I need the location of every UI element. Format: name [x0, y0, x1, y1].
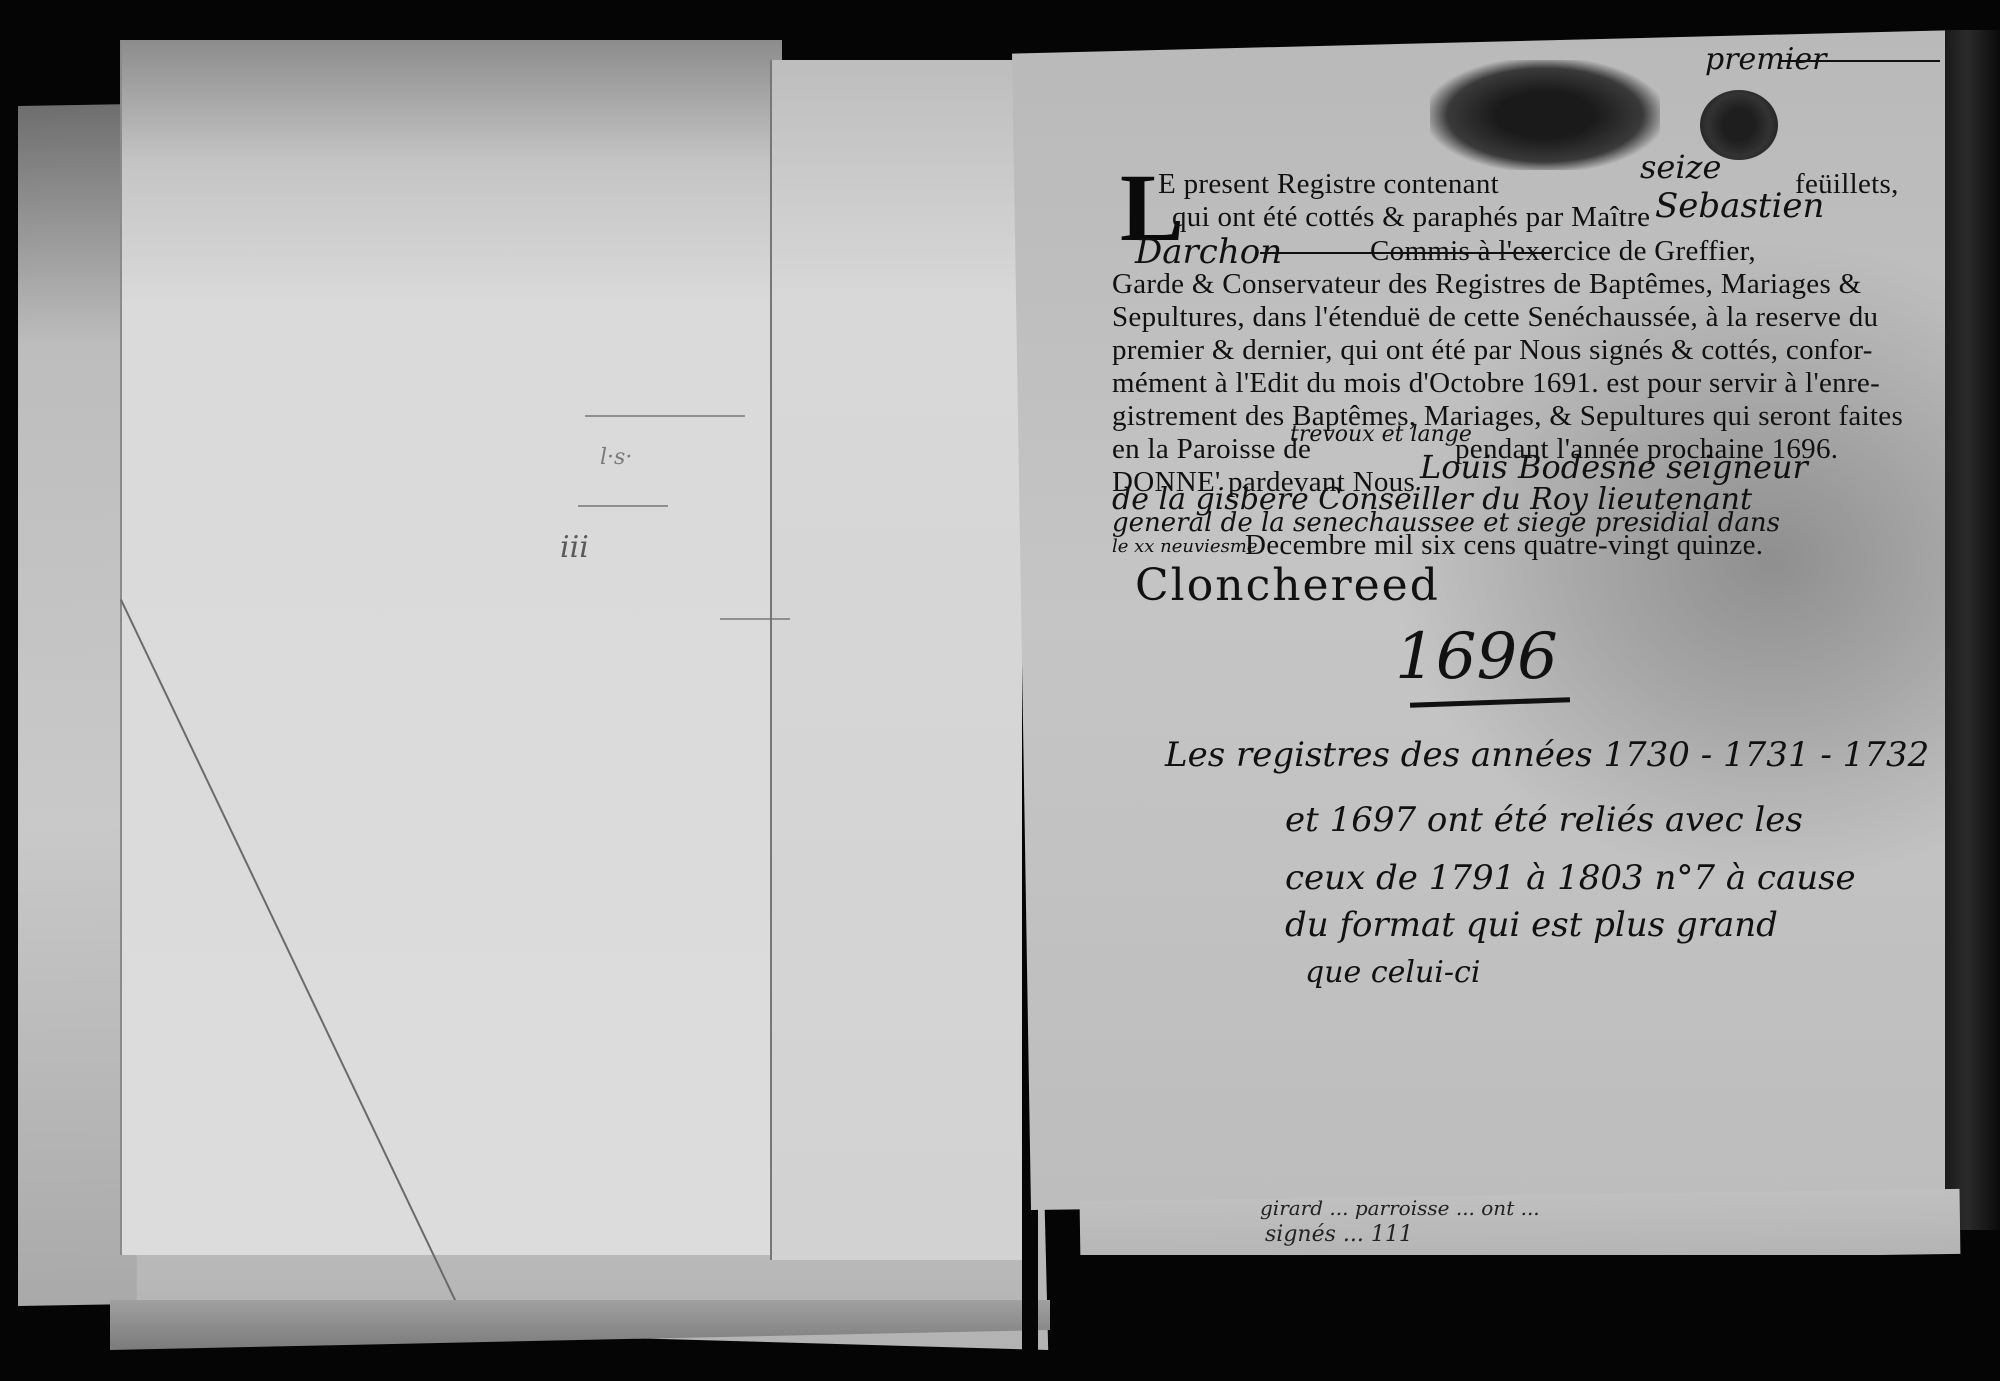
- note-line-2: et 1697 ont été reliés avec les: [1285, 800, 1803, 840]
- form-line-2: qui ont été cottés & paraphés par Maître: [1172, 198, 1650, 236]
- left-blank-page: [120, 40, 782, 1255]
- tax-stamp: [1430, 60, 1660, 170]
- faint-bleed-line: [578, 505, 668, 507]
- year-heading: 1696: [1395, 620, 1558, 694]
- annotation-rule: [1780, 60, 1940, 62]
- faint-mark: l·s·: [600, 445, 632, 470]
- handwritten-maitre-name: Sebastien: [1655, 186, 1824, 226]
- book-bottom-edge: [1070, 1255, 2000, 1381]
- signature: Clonchereed: [1135, 560, 1440, 611]
- handwritten-donne-par: Louis Bodesne seigneur: [1420, 448, 1808, 486]
- handwritten-leaf-count: seize: [1640, 148, 1721, 186]
- book-edge: [1945, 30, 2000, 1230]
- form-line-date: Decembre mil six cens quatre-vingt quinz…: [1245, 526, 1763, 564]
- handwritten-paroisse: trevoux et lange: [1290, 422, 1472, 447]
- note-line-5: que celui-ci: [1305, 955, 1480, 990]
- note-line-4: du format qui est plus grand: [1285, 905, 1778, 945]
- left-page-folded-strip: [770, 60, 1027, 1260]
- bottom-strip-line-1: girard ... parroisse ... ont ...: [1260, 1196, 1540, 1220]
- bottom-strip-line-2: signés ... 111: [1265, 1222, 1413, 1247]
- handwritten-date-day: le xx neuviesme: [1112, 536, 1258, 557]
- note-line-3: ceux de 1791 à 1803 n°7 à cause: [1285, 858, 1856, 898]
- note-line-1: Les registres des années 1730 - 1731 - 1…: [1165, 735, 1929, 775]
- faint-bleed-line: [720, 618, 790, 620]
- faint-bleed-line: [585, 415, 745, 417]
- faint-mark: iii: [560, 530, 589, 565]
